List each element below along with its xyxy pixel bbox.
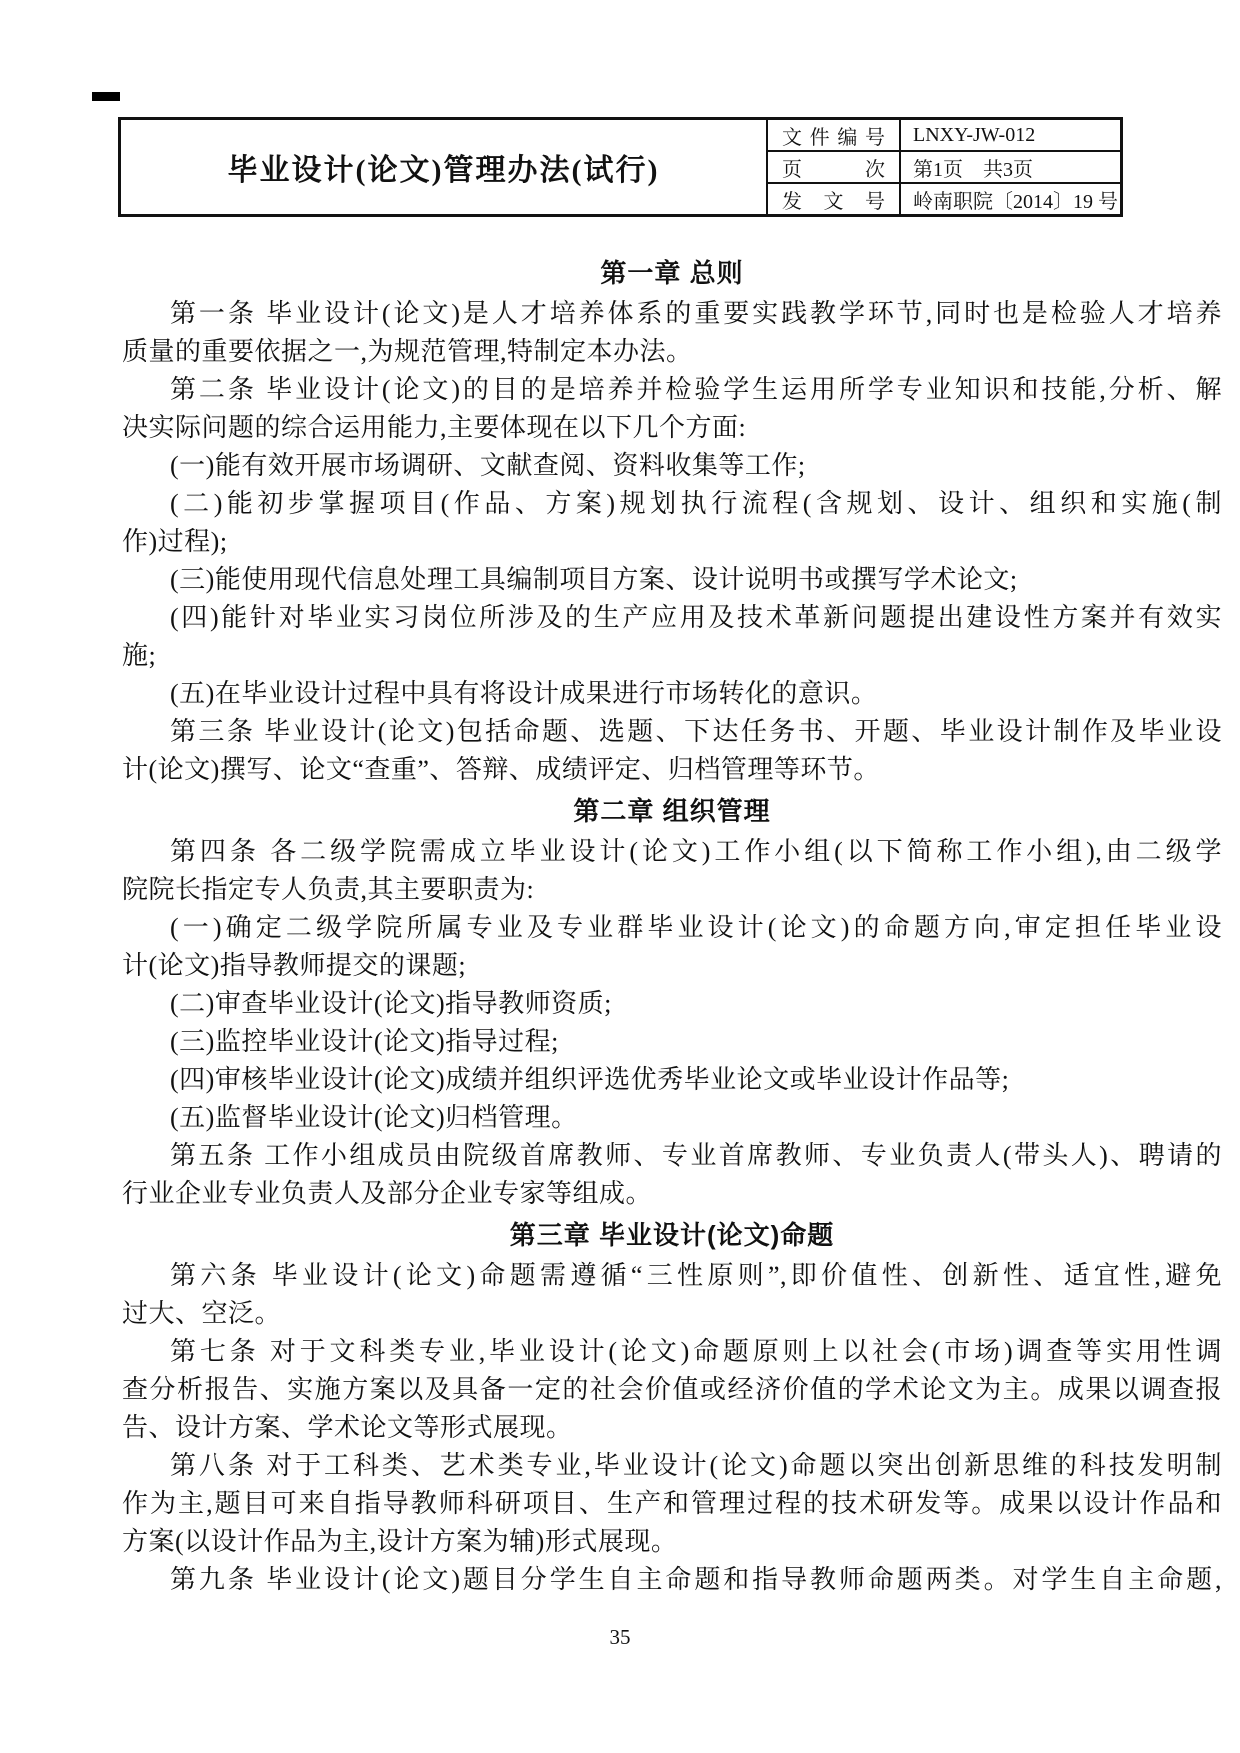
paragraph: (三)能使用现代信息处理工具编制项目方案、设计说明书或撰写学术论文; bbox=[122, 561, 1222, 599]
text-line: 院院长指定专人负责,其主要职责为: bbox=[122, 871, 1222, 909]
text-line: 第七条 对于文科类专业,毕业设计(论文)命题原则上以社会(市场)调查等实用性调 bbox=[122, 1333, 1222, 1371]
text-line: (四)审核毕业设计(论文)成绩并组织评选优秀毕业论文或毕业设计作品等; bbox=[122, 1061, 1222, 1099]
text-line: 作为主,题目可来自指导教师科研项目、生产和管理过程的技术研发等。成果以设计作品和 bbox=[122, 1485, 1222, 1523]
text-line: (三)能使用现代信息处理工具编制项目方案、设计说明书或撰写学术论文; bbox=[122, 561, 1222, 599]
paragraph: (一)确定二级学院所属专业及专业群毕业设计(论文)的命题方向,审定担任毕业设计(… bbox=[122, 909, 1222, 985]
document-title: 毕业设计(论文)管理办法(试行) bbox=[228, 145, 660, 189]
text-line: (一)能有效开展市场调研、文献查阅、资料收集等工作; bbox=[122, 447, 1222, 485]
paragraph: (四)能针对毕业实习岗位所涉及的生产应用及技术革新问题提出建设性方案并有效实施; bbox=[122, 599, 1222, 675]
paragraph: 第八条 对于工科类、艺术类专业,毕业设计(论文)命题以突出创新思维的科技发明制作… bbox=[122, 1447, 1222, 1561]
text-line: 告、设计方案、学术论文等形式展现。 bbox=[122, 1409, 1222, 1447]
text-line: 第一条 毕业设计(论文)是人才培养体系的重要实践教学环节,同时也是检验人才培养 bbox=[122, 295, 1222, 333]
text-line: (二)能初步掌握项目(作品、方案)规划执行流程(含规划、设计、组织和实施(制 bbox=[122, 485, 1222, 523]
paragraph: 第九条 毕业设计(论文)题目分学生自主命题和指导教师命题两类。对学生自主命题, bbox=[122, 1561, 1222, 1599]
paragraph: 第一条 毕业设计(论文)是人才培养体系的重要实践教学环节,同时也是检验人才培养质… bbox=[122, 295, 1222, 371]
text-line: 计(论文)指导教师提交的课题; bbox=[122, 947, 1222, 985]
chapter-heading: 第二章 组织管理 bbox=[122, 792, 1222, 830]
paragraph: (五)在毕业设计过程中具有将设计成果进行市场转化的意识。 bbox=[122, 675, 1222, 713]
text-line: 施; bbox=[122, 637, 1222, 675]
text-line: 计(论文)撰写、论文“查重”、答辩、成绩评定、归档管理等环节。 bbox=[122, 751, 1222, 789]
paragraph: 第四条 各二级学院需成立毕业设计(论文)工作小组(以下简称工作小组),由二级学院… bbox=[122, 833, 1222, 909]
text-line: 第八条 对于工科类、艺术类专业,毕业设计(论文)命题以突出创新思维的科技发明制 bbox=[122, 1447, 1222, 1485]
text-line: 第四条 各二级学院需成立毕业设计(论文)工作小组(以下简称工作小组),由二级学 bbox=[122, 833, 1222, 871]
text-line: 第五条 工作小组成员由院级首席教师、专业首席教师、专业负责人(带头人)、聘请的 bbox=[122, 1137, 1222, 1175]
paragraph: (三)监控毕业设计(论文)指导过程; bbox=[122, 1023, 1222, 1061]
text-line: 第九条 毕业设计(论文)题目分学生自主命题和指导教师命题两类。对学生自主命题, bbox=[122, 1561, 1222, 1599]
text-line: 查分析报告、实施方案以及具备一定的社会价值或经济价值的学术论文为主。成果以调查报 bbox=[122, 1371, 1222, 1409]
paragraph: (四)审核毕业设计(论文)成绩并组织评选优秀毕业论文或毕业设计作品等; bbox=[122, 1061, 1222, 1099]
page-number: 35 bbox=[0, 1625, 1240, 1650]
text-line: (二)审查毕业设计(论文)指导教师资质; bbox=[122, 985, 1222, 1023]
paragraph: 第七条 对于文科类专业,毕业设计(论文)命题原则上以社会(市场)调查等实用性调查… bbox=[122, 1333, 1222, 1447]
text-line: 行业企业专业负责人及部分企业专家等组成。 bbox=[122, 1175, 1222, 1213]
text-line: (四)能针对毕业实习岗位所涉及的生产应用及技术革新问题提出建设性方案并有效实 bbox=[122, 599, 1222, 637]
header-meta: 文件编号 LNXY-JW-012 页次 第1页 共3页 发文号 岭南职院〔201… bbox=[768, 120, 1120, 214]
meta-label-file-number: 文件编号 bbox=[768, 120, 901, 150]
text-line: (一)确定二级学院所属专业及专业群毕业设计(论文)的命题方向,审定担任毕业设 bbox=[122, 909, 1222, 947]
paragraph: (二)审查毕业设计(论文)指导教师资质; bbox=[122, 985, 1222, 1023]
text-line: 过大、空泛。 bbox=[122, 1295, 1222, 1333]
text-line: (五)监督毕业设计(论文)归档管理。 bbox=[122, 1099, 1222, 1137]
text-line: (三)监控毕业设计(论文)指导过程; bbox=[122, 1023, 1222, 1061]
title-cell: 毕业设计(论文)管理办法(试行) bbox=[121, 120, 768, 214]
text-line: 质量的重要依据之一,为规范管理,特制定本办法。 bbox=[122, 333, 1222, 371]
meta-row-page-index: 页次 第1页 共3页 bbox=[768, 152, 1120, 184]
chapter-heading: 第一章 总则 bbox=[122, 254, 1222, 292]
paragraph: (一)能有效开展市场调研、文献查阅、资料收集等工作; bbox=[122, 447, 1222, 485]
paragraph: (五)监督毕业设计(论文)归档管理。 bbox=[122, 1099, 1222, 1137]
meta-label-issue-number: 发文号 bbox=[768, 184, 901, 214]
paragraph: 第二条 毕业设计(论文)的目的是培养并检验学生运用所学专业知识和技能,分析、解决… bbox=[122, 371, 1222, 447]
text-line: 第三条 毕业设计(论文)包括命题、选题、下达任务书、开题、毕业设计制作及毕业设 bbox=[122, 713, 1222, 751]
meta-label-page-index: 页次 bbox=[768, 152, 901, 182]
chapter-heading: 第三章 毕业设计(论文)命题 bbox=[122, 1216, 1222, 1254]
text-line: 决实际问题的综合运用能力,主要体现在以下几个方面: bbox=[122, 409, 1222, 447]
scan-artifact bbox=[92, 92, 120, 101]
paragraph: 第六条 毕业设计(论文)命题需遵循“三性原则”,即价值性、创新性、适宜性,避免过… bbox=[122, 1257, 1222, 1333]
paragraph: 第五条 工作小组成员由院级首席教师、专业首席教师、专业负责人(带头人)、聘请的行… bbox=[122, 1137, 1222, 1213]
text-line: 作)过程); bbox=[122, 523, 1222, 561]
text-line: 第二条 毕业设计(论文)的目的是培养并检验学生运用所学专业知识和技能,分析、解 bbox=[122, 371, 1222, 409]
paragraph: (二)能初步掌握项目(作品、方案)规划执行流程(含规划、设计、组织和实施(制作)… bbox=[122, 485, 1222, 561]
text-line: 第六条 毕业设计(论文)命题需遵循“三性原则”,即价值性、创新性、适宜性,避免 bbox=[122, 1257, 1222, 1295]
meta-row-issue-number: 发文号 岭南职院〔2014〕19 号 bbox=[768, 184, 1120, 214]
paragraph: 第三条 毕业设计(论文)包括命题、选题、下达任务书、开题、毕业设计制作及毕业设计… bbox=[122, 713, 1222, 789]
document-page: 毕业设计(论文)管理办法(试行) 文件编号 LNXY-JW-012 页次 第1页… bbox=[0, 0, 1240, 1753]
text-line: 方案(以设计作品为主,设计方案为辅)形式展现。 bbox=[122, 1523, 1222, 1561]
meta-value-issue-number: 岭南职院〔2014〕19 号 bbox=[901, 185, 1120, 214]
meta-value-file-number: LNXY-JW-012 bbox=[901, 124, 1120, 147]
document-header-table: 毕业设计(论文)管理办法(试行) 文件编号 LNXY-JW-012 页次 第1页… bbox=[118, 117, 1123, 217]
meta-row-file-number: 文件编号 LNXY-JW-012 bbox=[768, 120, 1120, 152]
meta-value-page-index: 第1页 共3页 bbox=[901, 153, 1120, 182]
text-line: (五)在毕业设计过程中具有将设计成果进行市场转化的意识。 bbox=[122, 675, 1222, 713]
document-body: 第一章 总则第一条 毕业设计(论文)是人才培养体系的重要实践教学环节,同时也是检… bbox=[122, 251, 1222, 1599]
